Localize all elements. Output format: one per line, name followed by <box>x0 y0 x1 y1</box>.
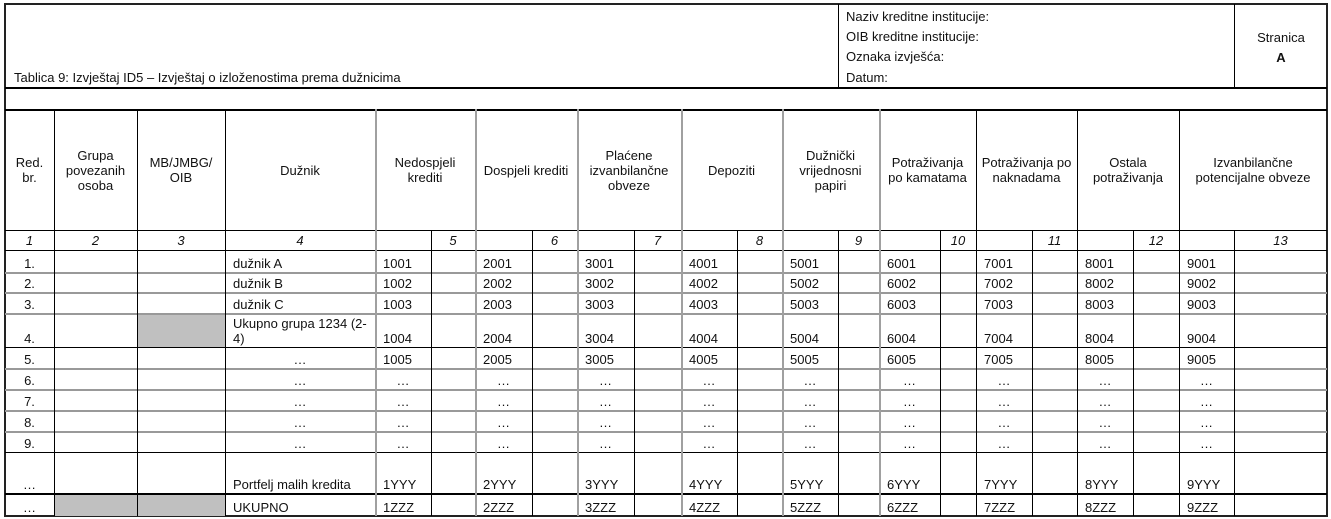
value-cell: … <box>782 389 838 410</box>
value-cell: … <box>976 410 1032 431</box>
value-cell: … <box>782 410 838 431</box>
value-cell: 2003 <box>475 292 532 313</box>
value-cell: … <box>475 410 532 431</box>
column-number: 12 <box>1133 231 1179 250</box>
debtor-name: … <box>225 410 375 431</box>
value-cell: 1002 <box>375 272 431 292</box>
subcolumn-divider <box>634 230 635 516</box>
value-cell: … <box>681 410 737 431</box>
column-header: Grupa povezanih osoba <box>54 110 137 230</box>
value-cell: … <box>1179 368 1234 389</box>
value-cell: … <box>1179 431 1234 452</box>
debtor-name: … <box>225 368 375 389</box>
row-number: 5. <box>5 347 54 368</box>
value-cell: 1001 <box>375 250 431 272</box>
column-header: Potraživanja po kamatama <box>879 110 976 230</box>
value-cell: 8ZZZ <box>1077 493 1133 516</box>
row-number: 1. <box>5 250 54 272</box>
report-code-label: Oznaka izvješća: <box>846 47 944 67</box>
value-cell: … <box>681 431 737 452</box>
value-cell: 5YYY <box>782 452 838 493</box>
value-cell: 2002 <box>475 272 532 292</box>
value-cell: … <box>782 368 838 389</box>
column-header: Izvanbilančne potencijalne obveze <box>1179 110 1327 230</box>
value-cell: … <box>879 431 940 452</box>
column-number: 7 <box>634 231 681 250</box>
column-header: Dospjeli krediti <box>475 110 577 230</box>
value-cell: … <box>475 368 532 389</box>
column-header: MB/JMBG/ OIB <box>137 110 225 230</box>
value-cell: 7ZZZ <box>976 493 1032 516</box>
column-header: Nedospjeli krediti <box>375 110 475 230</box>
value-cell: 7005 <box>976 347 1032 368</box>
value-cell: 6004 <box>879 313 940 347</box>
value-cell: 2YYY <box>475 452 532 493</box>
value-cell: 7003 <box>976 292 1032 313</box>
debtor-name: dužnik A <box>225 250 375 272</box>
page-label: Stranica <box>1234 28 1328 46</box>
value-cell: 6YYY <box>879 452 940 493</box>
value-cell: 9ZZZ <box>1179 493 1234 516</box>
value-cell: 6002 <box>879 272 940 292</box>
value-cell: 4YYY <box>681 452 737 493</box>
column-header: Dužnik <box>225 110 375 230</box>
column-number: 11 <box>1032 231 1077 250</box>
value-cell: 6003 <box>879 292 940 313</box>
value-cell: 5002 <box>782 272 838 292</box>
value-cell: 8005 <box>1077 347 1133 368</box>
value-cell: 2001 <box>475 250 532 272</box>
column-header: Red. br. <box>5 110 54 230</box>
row-number: … <box>5 452 54 493</box>
page-value: A <box>1234 48 1328 66</box>
debtor-name: … <box>225 389 375 410</box>
value-cell: … <box>577 389 634 410</box>
value-cell: 8004 <box>1077 313 1133 347</box>
debtor-name: dužnik B <box>225 272 375 292</box>
value-cell: 4005 <box>681 347 737 368</box>
value-cell: … <box>475 389 532 410</box>
subcolumn-divider <box>940 230 941 516</box>
value-cell: 9002 <box>1179 272 1234 292</box>
value-cell: 8001 <box>1077 250 1133 272</box>
column-number: 13 <box>1234 231 1327 250</box>
value-cell: … <box>375 368 431 389</box>
shaded-cell <box>137 313 225 347</box>
subcolumn-divider <box>838 230 839 516</box>
subcolumn-divider <box>431 230 432 516</box>
value-cell: 9YYY <box>1179 452 1234 493</box>
value-cell: … <box>681 368 737 389</box>
value-cell: 9004 <box>1179 313 1234 347</box>
value-cell: 1ZZZ <box>375 493 431 516</box>
value-cell: 5003 <box>782 292 838 313</box>
column-number: 5 <box>431 231 475 250</box>
row-number: 4. <box>5 313 54 347</box>
column-number: 2 <box>54 231 137 250</box>
column-header: Depoziti <box>681 110 782 230</box>
date-label: Datum: <box>846 68 888 88</box>
column-header: Ostala potraživanja <box>1077 110 1179 230</box>
value-cell: 2ZZZ <box>475 493 532 516</box>
value-cell: 5ZZZ <box>782 493 838 516</box>
value-cell: 6001 <box>879 250 940 272</box>
value-cell: 1YYY <box>375 452 431 493</box>
value-cell: 3002 <box>577 272 634 292</box>
value-cell: 6005 <box>879 347 940 368</box>
value-cell: … <box>879 410 940 431</box>
value-cell: … <box>1077 368 1133 389</box>
divider <box>838 4 839 87</box>
value-cell: … <box>1077 389 1133 410</box>
value-cell: 3004 <box>577 313 634 347</box>
value-cell: 7001 <box>976 250 1032 272</box>
debtor-name: UKUPNO <box>225 493 375 516</box>
divider <box>5 87 1327 89</box>
value-cell: 7002 <box>976 272 1032 292</box>
value-cell: … <box>976 368 1032 389</box>
value-cell: 4ZZZ <box>681 493 737 516</box>
column-number: 8 <box>737 231 782 250</box>
value-cell: … <box>577 431 634 452</box>
value-cell: … <box>1077 431 1133 452</box>
value-cell: … <box>475 431 532 452</box>
value-cell: 2005 <box>475 347 532 368</box>
value-cell: 9001 <box>1179 250 1234 272</box>
value-cell: 2004 <box>475 313 532 347</box>
debtor-name: … <box>225 347 375 368</box>
value-cell: 7004 <box>976 313 1032 347</box>
column-header: Plaćene izvanbilančne obveze <box>577 110 681 230</box>
shaded-cell <box>137 493 225 516</box>
value-cell: 1005 <box>375 347 431 368</box>
row-number: 6. <box>5 368 54 389</box>
value-cell: … <box>976 389 1032 410</box>
debtor-name: … <box>225 431 375 452</box>
value-cell: 3003 <box>577 292 634 313</box>
subcolumn-divider <box>532 230 533 516</box>
value-cell: … <box>375 410 431 431</box>
subcolumn-divider <box>737 230 738 516</box>
column-number: 3 <box>137 231 225 250</box>
value-cell: 9005 <box>1179 347 1234 368</box>
institution-name-label: Naziv kreditne institucije: <box>846 7 989 27</box>
subcolumn-divider <box>1133 230 1134 516</box>
value-cell: … <box>1179 410 1234 431</box>
institution-oib-label: OIB kreditne institucije: <box>846 27 979 47</box>
column-number: 6 <box>532 231 577 250</box>
value-cell: … <box>879 368 940 389</box>
value-cell: 9003 <box>1179 292 1234 313</box>
debtor-name: Ukupno grupa 1234 (2-4) <box>225 313 375 347</box>
column-header: Potraživanja po naknadama <box>976 110 1077 230</box>
value-cell: … <box>577 410 634 431</box>
value-cell: 5005 <box>782 347 838 368</box>
value-cell: 4003 <box>681 292 737 313</box>
value-cell: 5004 <box>782 313 838 347</box>
row-number: 2. <box>5 272 54 292</box>
debtor-name: Portfelj malih kredita <box>225 452 375 493</box>
value-cell: … <box>879 389 940 410</box>
value-cell: … <box>375 431 431 452</box>
value-cell: 4002 <box>681 272 737 292</box>
row-number: 9. <box>5 431 54 452</box>
row-number: 7. <box>5 389 54 410</box>
row-number: 8. <box>5 410 54 431</box>
value-cell: 8003 <box>1077 292 1133 313</box>
value-cell: 3YYY <box>577 452 634 493</box>
value-cell: … <box>782 431 838 452</box>
value-cell: 8YYY <box>1077 452 1133 493</box>
subcolumn-divider <box>1234 230 1235 516</box>
value-cell: 7YYY <box>976 452 1032 493</box>
value-cell: 1004 <box>375 313 431 347</box>
value-cell: 4001 <box>681 250 737 272</box>
value-cell: 8002 <box>1077 272 1133 292</box>
column-number: 10 <box>940 231 976 250</box>
row-number: 3. <box>5 292 54 313</box>
subcolumn-divider <box>1032 230 1033 516</box>
value-cell: 6ZZZ <box>879 493 940 516</box>
row-number: … <box>5 493 54 516</box>
value-cell: … <box>1077 410 1133 431</box>
table-title: Tablica 9: Izvještaj ID5 – Izvještaj o i… <box>14 70 401 86</box>
value-cell: … <box>375 389 431 410</box>
value-cell: … <box>577 368 634 389</box>
value-cell: 3001 <box>577 250 634 272</box>
shaded-cell <box>54 493 137 516</box>
value-cell: … <box>681 389 737 410</box>
column-number: 9 <box>838 231 879 250</box>
debtor-name: dužnik C <box>225 292 375 313</box>
column-number: 1 <box>5 231 54 250</box>
value-cell: 5001 <box>782 250 838 272</box>
value-cell: 3005 <box>577 347 634 368</box>
value-cell: … <box>1179 389 1234 410</box>
value-cell: 3ZZZ <box>577 493 634 516</box>
column-number: 4 <box>225 231 375 250</box>
value-cell: 4004 <box>681 313 737 347</box>
value-cell: 1003 <box>375 292 431 313</box>
value-cell: … <box>976 431 1032 452</box>
column-header: Dužnički vrijednosni papiri <box>782 110 879 230</box>
